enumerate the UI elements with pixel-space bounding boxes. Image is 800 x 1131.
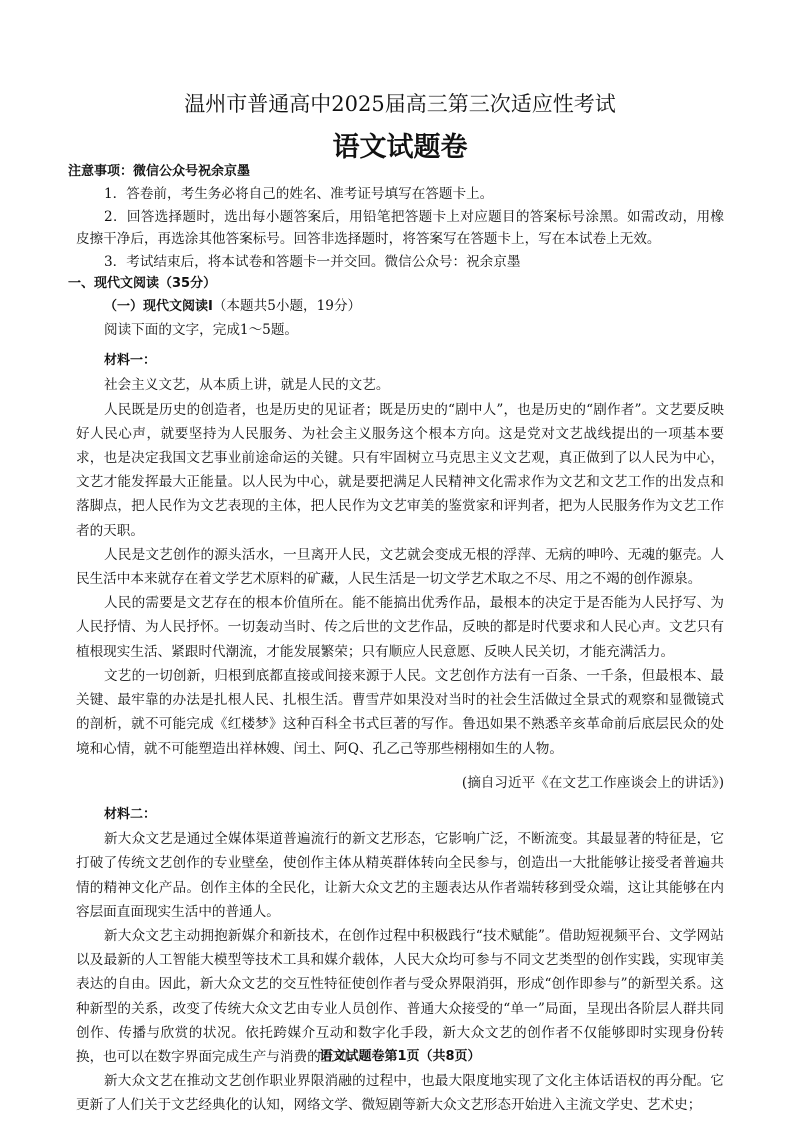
notice-block: 注意事项：微信公众号祝余京墨 1．答卷前，考生务必将自己的姓名、准考证号填写在答… xyxy=(76,161,724,273)
notice-heading: 注意事项：微信公众号祝余京墨 xyxy=(68,161,724,183)
exam-page: 温州市普通高中2025届高三第三次适应性考试 语文试题卷 注意事项：微信公众号祝… xyxy=(0,0,800,1131)
material-one-paragraph: 文艺的一切创新，归根到底都直接或间接来源于人民。文艺创作方法有一百条、一千条，但… xyxy=(76,664,724,761)
material-one-heading: 材料一： xyxy=(76,349,724,373)
exam-body: 注意事项：微信公众号祝余京墨 1．答卷前，考生务必将自己的姓名、准考证号填写在答… xyxy=(76,161,724,1118)
notice-item-3: 3．考试结束后，将本试卷和答题卡一并交回。微信公众号：祝余京墨 xyxy=(76,251,724,273)
material-one-source: (摘自习近平《在文艺工作座谈会上的讲话》) xyxy=(76,771,724,795)
notice-item-1: 1．答卷前，考生务必将自己的姓名、准考证号填写在答题卡上。 xyxy=(76,183,724,205)
exam-title: 温州市普通高中2025届高三第三次适应性考试 xyxy=(0,88,800,118)
material-two-paragraph: 新大众文艺是通过全媒体渠道普遍流行的新文艺形态，它影响广泛，不断流变。其最显著的… xyxy=(76,827,724,924)
notice-item-2: 2．回答选择题时，选出每小题答案后，用铅笔把答题卡上对应题目的答案标号涂黑。如需… xyxy=(76,206,724,251)
reading-instruction: 阅读下面的文字，完成1～5题。 xyxy=(76,319,724,341)
material-two-heading: 材料二： xyxy=(76,803,724,827)
material-one: 材料一： 社会主义文艺，从本质上讲，就是人民的文艺。 人民既是历史的创造者，也是… xyxy=(76,349,724,795)
material-two: 材料二： 新大众文艺是通过全媒体渠道普遍流行的新文艺形态，它影响广泛，不断流变。… xyxy=(76,803,724,1118)
subject-title: 语文试题卷 xyxy=(0,125,800,164)
section-header: 一、现代文阅读（35分） （一）现代文阅读Ⅰ（本题共5小题，19分） 阅读下面的… xyxy=(76,273,724,341)
subsection-title: （一）现代文阅读Ⅰ（本题共5小题，19分） xyxy=(76,295,724,318)
section-title: 一、现代文阅读（35分） xyxy=(68,273,724,295)
page-footer: 语文试题卷第1页（共8页） xyxy=(0,1045,800,1064)
material-two-paragraph: 新大众文艺在推动文艺创作职业界限消融的过程中，也最大限度地实现了文化主体话语权的… xyxy=(76,1069,724,1117)
material-one-paragraph: 人民是文艺创作的源头活水，一旦离开人民，文艺就会变成无根的浮萍、无病的呻吟、无魂… xyxy=(76,543,724,591)
subsection-title-bold: （一）现代文阅读Ⅰ xyxy=(104,299,213,314)
material-one-paragraph: 人民的需要是文艺存在的根本价值所在。能不能搞出优秀作品，最根本的决定于是否能为人… xyxy=(76,591,724,664)
material-one-paragraph: 社会主义文艺，从本质上讲，就是人民的文艺。 xyxy=(76,373,724,397)
subsection-title-note: （本题共5小题，19分） xyxy=(213,298,361,314)
material-one-paragraph: 人民既是历史的创造者，也是历史的见证者；既是历史的“剧中人”，也是历史的“剧作者… xyxy=(76,398,724,543)
